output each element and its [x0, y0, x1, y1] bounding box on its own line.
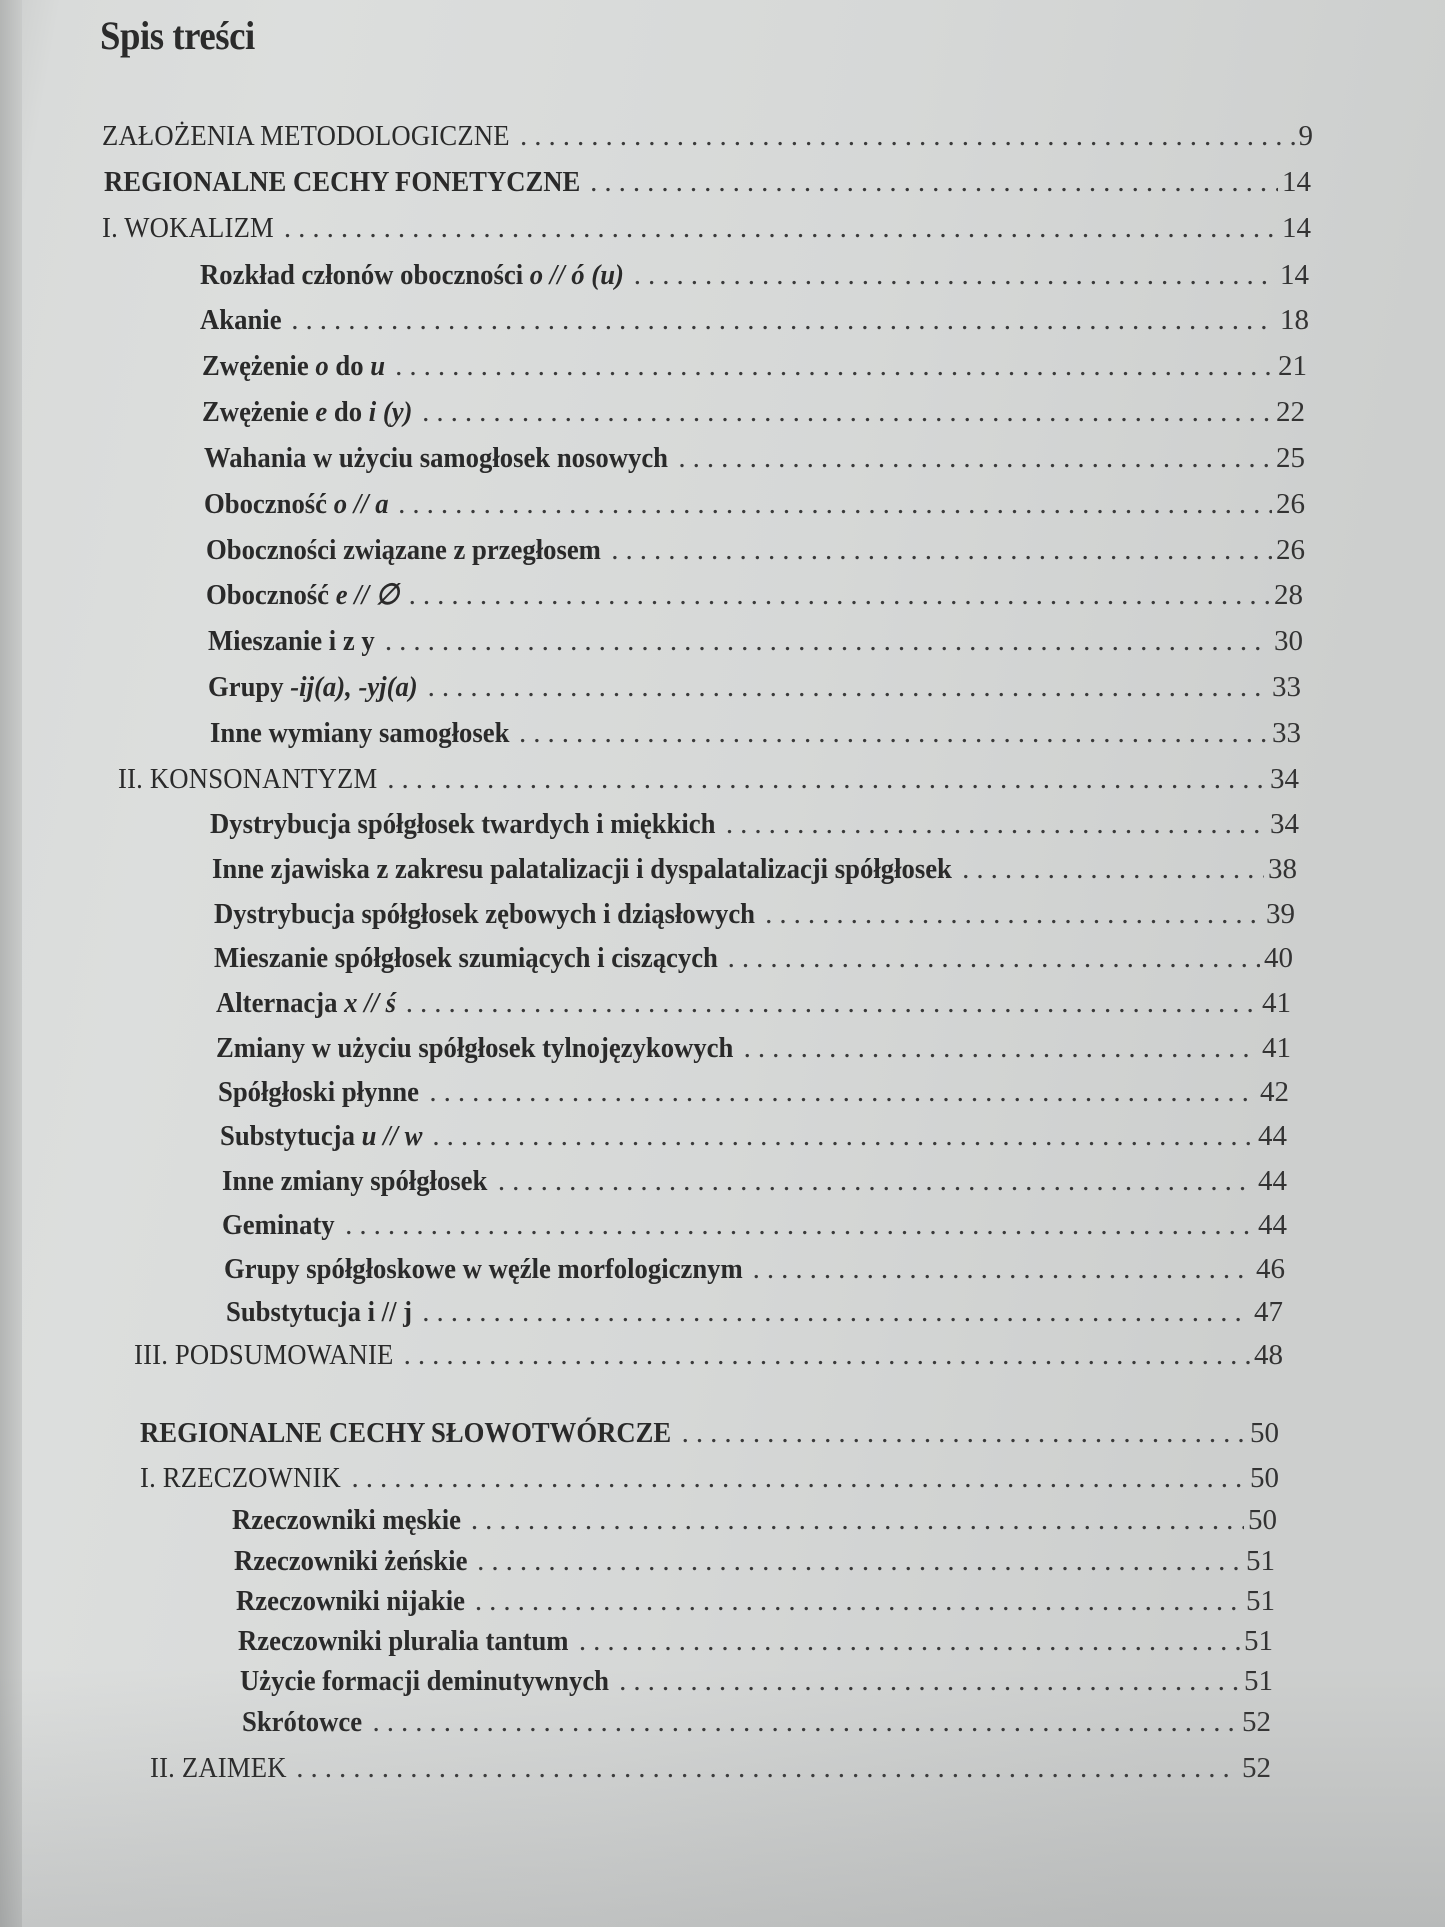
page-number: 34 — [1270, 761, 1299, 797]
toc-entry: ZAŁOŻENIA METODOLOGICZNE................… — [102, 118, 1313, 154]
dot-leader: ........................................… — [395, 348, 1274, 384]
toc-entry-label: Rzeczowniki męskie — [232, 1502, 461, 1538]
toc-entry-label: Użycie formacji deminutywnych — [240, 1663, 609, 1699]
page-number: 25 — [1276, 440, 1305, 476]
dot-leader: ........................................… — [634, 257, 1276, 293]
dot-leader: ........................................… — [753, 1251, 1252, 1287]
toc-entry-italic-text: o // ó (u) — [523, 259, 624, 291]
toc-entry: Oboczność e // ∅........................… — [206, 577, 1303, 613]
page-number: 26 — [1276, 532, 1305, 568]
dot-leader: ........................................… — [422, 1294, 1250, 1330]
toc-entry-text: Oboczność — [206, 579, 329, 611]
toc-entry-label: Grupy -ij(a), -yj(a) — [208, 669, 418, 705]
page-number: 52 — [1242, 1750, 1271, 1786]
toc-entry-label: II. KONSONANTYZM — [118, 761, 377, 797]
toc-entry-label: Oboczność e // ∅ — [206, 577, 399, 613]
dot-leader: ........................................… — [611, 532, 1272, 568]
toc-entry-text: Rzeczowniki pluralia tantum — [238, 1625, 569, 1657]
dot-leader: ........................................… — [409, 577, 1270, 613]
toc-entry-text: Substytucja i // j — [226, 1296, 412, 1328]
toc-entry: Użycie formacji deminutywnych...........… — [240, 1663, 1273, 1699]
dot-leader: ........................................… — [471, 1502, 1244, 1538]
toc-entry-italic-text: o // a — [327, 488, 389, 520]
dot-leader: ........................................… — [296, 1750, 1238, 1786]
toc-entry: Grupy -ij(a), -yj(a)....................… — [208, 669, 1301, 705]
dot-leader: ........................................… — [387, 761, 1266, 797]
page-number: 22 — [1276, 394, 1305, 430]
toc-entry-label: ZAŁOŻENIA METODOLOGICZNE — [102, 118, 510, 154]
toc-entry: Dystrybucja spółgłosek zębowych i dziąsł… — [214, 896, 1295, 932]
dot-leader: ........................................… — [385, 623, 1270, 659]
page-number: 21 — [1278, 348, 1307, 384]
toc-entry-italic-text: o — [309, 350, 329, 382]
dot-leader: ........................................… — [475, 1583, 1242, 1619]
toc-entry: Rzeczowniki pluralia tantum.............… — [238, 1623, 1273, 1659]
toc-entry: Oboczność o // a........................… — [204, 486, 1305, 522]
dot-leader: ........................................… — [682, 1415, 1246, 1451]
dot-leader: ........................................… — [398, 486, 1272, 522]
page-number: 33 — [1272, 715, 1301, 751]
toc-entry-text: Spółgłoski płynne — [218, 1076, 419, 1108]
page-number: 33 — [1272, 669, 1301, 705]
page-number: 28 — [1274, 577, 1303, 613]
page-number: 51 — [1244, 1623, 1273, 1659]
toc-entry-text: ZAŁOŻENIA METODOLOGICZNE — [102, 120, 510, 152]
toc-entry-label: Oboczność o // a — [204, 486, 389, 522]
dot-leader: ........................................… — [422, 394, 1272, 430]
toc-entry: I. RZECZOWNIK...........................… — [140, 1460, 1279, 1496]
page-number: 51 — [1246, 1583, 1275, 1619]
toc-entry-text: III. PODSUMOWANIE — [134, 1339, 394, 1371]
page-number: 14 — [1282, 210, 1311, 246]
toc-entry-text: do — [329, 350, 364, 382]
dot-leader: ........................................… — [519, 715, 1268, 751]
page-number: 47 — [1254, 1294, 1283, 1330]
toc-entry-italic-text: i (y) — [362, 396, 412, 428]
toc-entry: REGIONALNE CECHY SŁOWOTWÓRCZE...........… — [140, 1415, 1279, 1451]
page-number: 30 — [1274, 623, 1303, 659]
toc-entry: Inne zmiany spółgłosek..................… — [222, 1163, 1287, 1199]
toc-entry-text: Zwężenie — [202, 350, 309, 382]
toc-entry-italic-text: u — [364, 350, 386, 382]
toc-entry: II. ZAIMEK..............................… — [150, 1750, 1271, 1786]
toc-entry-label: Zmiany w użyciu spółgłosek tylnojęzykowy… — [216, 1030, 733, 1066]
toc-entry-text: do — [327, 396, 362, 428]
toc-entry: Grupy spółgłoskowe w węźle morfologiczny… — [224, 1251, 1285, 1287]
toc-entry-label: I. RZECZOWNIK — [140, 1460, 341, 1496]
toc-entry-text: II. KONSONANTYZM — [118, 763, 377, 795]
dot-leader: ........................................… — [726, 806, 1266, 842]
dot-leader: ........................................… — [579, 1623, 1240, 1659]
toc-entry-text: Oboczności związane z przegłosem — [206, 534, 601, 566]
dot-leader: ........................................… — [744, 1030, 1258, 1066]
page-number: 50 — [1250, 1415, 1279, 1451]
toc-entry-label: Inne wymiany samogłosek — [210, 715, 509, 751]
toc-entry: Akanie..................................… — [200, 302, 1309, 338]
page-number: 52 — [1242, 1704, 1271, 1740]
toc-entry-label: Mieszanie i z y — [208, 623, 375, 659]
toc-entry-text: Substytucja — [220, 1120, 355, 1152]
toc-entry-text: I. WOKALIZM — [102, 212, 274, 244]
dot-leader: ........................................… — [520, 118, 1294, 154]
toc-entry: III. PODSUMOWANIE.......................… — [134, 1337, 1283, 1373]
toc-entry-text: Akanie — [200, 304, 282, 336]
toc-entry-text: REGIONALNE CECHY FONETYCZNE — [104, 166, 580, 198]
page-number: 41 — [1262, 985, 1291, 1021]
page-number: 38 — [1268, 851, 1297, 887]
page-number: 34 — [1270, 806, 1299, 842]
dot-leader: ........................................… — [404, 1337, 1250, 1373]
toc-entry: Mieszanie i z y.........................… — [208, 623, 1303, 659]
toc-entry-italic-text: x // ś — [337, 987, 396, 1019]
toc-entry-label: Zwężenie o do u — [202, 348, 385, 384]
toc-entry-text: Skrótowce — [242, 1706, 362, 1738]
toc-entry-label: Akanie — [200, 302, 282, 338]
toc-entry: Rozkład członów oboczności o // ó (u)...… — [200, 257, 1309, 293]
page-number: 51 — [1246, 1543, 1275, 1579]
toc-entry-text: Zwężenie — [202, 396, 309, 428]
page-number: 51 — [1244, 1663, 1273, 1699]
toc-entry-text: Oboczność — [204, 488, 327, 520]
toc-entry: Oboczności związane z przegłosem........… — [206, 532, 1305, 568]
dot-leader: ........................................… — [590, 164, 1278, 200]
toc-entry-italic-text: e — [309, 396, 328, 428]
toc-entry-text: Rzeczowniki żeńskie — [234, 1545, 467, 1577]
toc-entry-label: Spółgłoski płynne — [218, 1074, 419, 1110]
toc-entry-text: Inne zjawiska z zakresu palatalizacji i … — [212, 853, 952, 885]
toc-entry-label: Substytucja u // w — [220, 1118, 422, 1154]
toc-entry-label: REGIONALNE CECHY FONETYCZNE — [104, 164, 580, 200]
toc-entry-text: Grupy — [208, 671, 284, 703]
toc-entry: REGIONALNE CECHY FONETYCZNE.............… — [104, 164, 1311, 200]
toc-entry-italic-text: -ij(a), -yj(a) — [284, 671, 418, 703]
page-number: 44 — [1258, 1118, 1287, 1154]
page-number: 18 — [1280, 302, 1309, 338]
toc-entry-label: Geminaty — [222, 1207, 335, 1243]
dot-leader: ........................................… — [678, 440, 1272, 476]
toc-entry: Inne wymiany samogłosek.................… — [210, 715, 1301, 751]
toc-entry-label: Rzeczowniki pluralia tantum — [238, 1623, 569, 1659]
toc-entry-label: Wahania w użyciu samogłosek nosowych — [204, 440, 668, 476]
toc-entry-label: Mieszanie spółgłosek szumiących i cisząc… — [214, 940, 718, 976]
dot-leader: ........................................… — [765, 896, 1262, 932]
page-number: 42 — [1260, 1074, 1289, 1110]
toc-entry: Alternacja x // ś.......................… — [216, 985, 1291, 1021]
page-number: 46 — [1256, 1251, 1285, 1287]
dot-leader: ........................................… — [428, 669, 1268, 705]
toc-entry-label: Dystrybucja spółgłosek zębowych i dziąsł… — [214, 896, 755, 932]
toc-entry: Rzeczowniki męskie......................… — [232, 1502, 1277, 1538]
toc-entry-label: Rzeczowniki żeńskie — [234, 1543, 467, 1579]
toc-entry-label: Inne zmiany spółgłosek — [222, 1163, 487, 1199]
toc-entry-label: Substytucja i // j — [226, 1294, 412, 1330]
toc-entry: Inne zjawiska z zakresu palatalizacji i … — [212, 851, 1297, 887]
dot-leader: ........................................… — [284, 210, 1278, 246]
toc-entry-label: Zwężenie e do i (y) — [202, 394, 412, 430]
toc-entry: Rzeczowniki żeńskie.....................… — [234, 1543, 1275, 1579]
toc-entry: Substytucja i // j......................… — [226, 1294, 1283, 1330]
toc-entry-label: Inne zjawiska z zakresu palatalizacji i … — [212, 851, 952, 887]
dot-leader: ........................................… — [429, 1074, 1256, 1110]
toc-entry: Zmiany w użyciu spółgłosek tylnojęzykowy… — [216, 1030, 1291, 1066]
dot-leader: ........................................… — [291, 302, 1276, 338]
toc-entry-italic-text: u // w — [355, 1120, 422, 1152]
toc-entry-text: Zmiany w użyciu spółgłosek tylnojęzykowy… — [216, 1032, 733, 1064]
toc-entry-label: I. WOKALIZM — [102, 210, 274, 246]
toc-entry-text: I. RZECZOWNIK — [140, 1462, 341, 1494]
toc-entry-label: II. ZAIMEK — [150, 1750, 287, 1786]
toc-entry: Rzeczowniki nijakie.....................… — [236, 1583, 1275, 1619]
toc-entry: Mieszanie spółgłosek szumiących i cisząc… — [214, 940, 1293, 976]
page-number: 9 — [1299, 118, 1314, 154]
page-number: 39 — [1266, 896, 1295, 932]
toc-entry-text: II. ZAIMEK — [150, 1752, 287, 1784]
toc-entry-text: Rozkład członów oboczności — [200, 259, 523, 291]
toc-entry-label: III. PODSUMOWANIE — [134, 1337, 394, 1373]
page-number: 50 — [1250, 1460, 1279, 1496]
toc-entry-text: Rzeczowniki nijakie — [236, 1585, 465, 1617]
toc-entry-label: Dystrybucja spółgłosek twardych i miękki… — [210, 806, 715, 842]
toc-entry-text: Dystrybucja spółgłosek twardych i miękki… — [210, 808, 715, 840]
toc-entry: II. KONSONANTYZM........................… — [118, 761, 1299, 797]
toc-entry: Skrótowce...............................… — [242, 1704, 1271, 1740]
dot-leader: ........................................… — [373, 1704, 1238, 1740]
toc-entry-label: REGIONALNE CECHY SŁOWOTWÓRCZE — [140, 1415, 671, 1451]
toc-entry-text: Inne wymiany samogłosek — [210, 717, 509, 749]
page-number: 14 — [1280, 257, 1309, 293]
toc-entry: Geminaty................................… — [222, 1207, 1287, 1243]
toc-entry-text: Mieszanie i z y — [208, 625, 375, 657]
dot-leader: ........................................… — [619, 1663, 1240, 1699]
toc-entry-label: Rzeczowniki nijakie — [236, 1583, 465, 1619]
toc-entry: Wahania w użyciu samogłosek nosowych....… — [204, 440, 1305, 476]
dot-leader: ........................................… — [498, 1163, 1254, 1199]
page-title: Spis treści — [100, 12, 255, 59]
toc-entry: Zwężenie e do i (y).....................… — [202, 394, 1305, 430]
toc-entry: I. WOKALIZM.............................… — [102, 210, 1311, 246]
toc-entry-text: Użycie formacji deminutywnych — [240, 1665, 609, 1697]
toc-entry-label: Oboczności związane z przegłosem — [206, 532, 601, 568]
dot-leader: ........................................… — [962, 851, 1264, 887]
page-edge — [0, 0, 22, 1927]
toc-entry-italic-text: e // ∅ — [329, 579, 399, 611]
toc-entry: Dystrybucja spółgłosek twardych i miękki… — [210, 806, 1299, 842]
toc-entry: Spółgłoski płynne.......................… — [218, 1074, 1289, 1110]
toc-entry-text: Mieszanie spółgłosek szumiących i cisząc… — [214, 942, 718, 974]
toc-entry-text: Dystrybucja spółgłosek zębowych i dziąsł… — [214, 898, 755, 930]
page-number: 44 — [1258, 1163, 1287, 1199]
page-number: 48 — [1254, 1337, 1283, 1373]
dot-leader: ........................................… — [351, 1460, 1246, 1496]
page-number: 50 — [1248, 1502, 1277, 1538]
dot-leader: ........................................… — [477, 1543, 1242, 1579]
toc-entry-label: Alternacja x // ś — [216, 985, 396, 1021]
page-number: 26 — [1276, 486, 1305, 522]
toc-entry-text: Geminaty — [222, 1209, 335, 1241]
toc-entry-text: Alternacja — [216, 987, 337, 1019]
dot-leader: ........................................… — [432, 1118, 1254, 1154]
dot-leader: ........................................… — [728, 940, 1260, 976]
page-number: 41 — [1262, 1030, 1291, 1066]
toc-entry-label: Grupy spółgłoskowe w węźle morfologiczny… — [224, 1251, 743, 1287]
toc-entry-text: Inne zmiany spółgłosek — [222, 1165, 487, 1197]
page-number: 40 — [1264, 940, 1293, 976]
toc-entry-label: Skrótowce — [242, 1704, 362, 1740]
toc-entry-text: Grupy spółgłoskowe w węźle morfologiczny… — [224, 1253, 743, 1285]
toc-entry-text: Wahania w użyciu samogłosek nosowych — [204, 442, 668, 474]
toc-entry: Zwężenie o do u.........................… — [202, 348, 1307, 384]
page-number: 14 — [1282, 164, 1311, 200]
toc-entry-text: Rzeczowniki męskie — [232, 1504, 461, 1536]
dot-leader: ........................................… — [345, 1207, 1254, 1243]
toc-entry-label: Rozkład członów oboczności o // ó (u) — [200, 257, 624, 293]
toc-entry-text: REGIONALNE CECHY SŁOWOTWÓRCZE — [140, 1417, 671, 1449]
dot-leader: ........................................… — [406, 985, 1258, 1021]
toc-entry: Substytucja u // w......................… — [220, 1118, 1287, 1154]
page-number: 44 — [1258, 1207, 1287, 1243]
